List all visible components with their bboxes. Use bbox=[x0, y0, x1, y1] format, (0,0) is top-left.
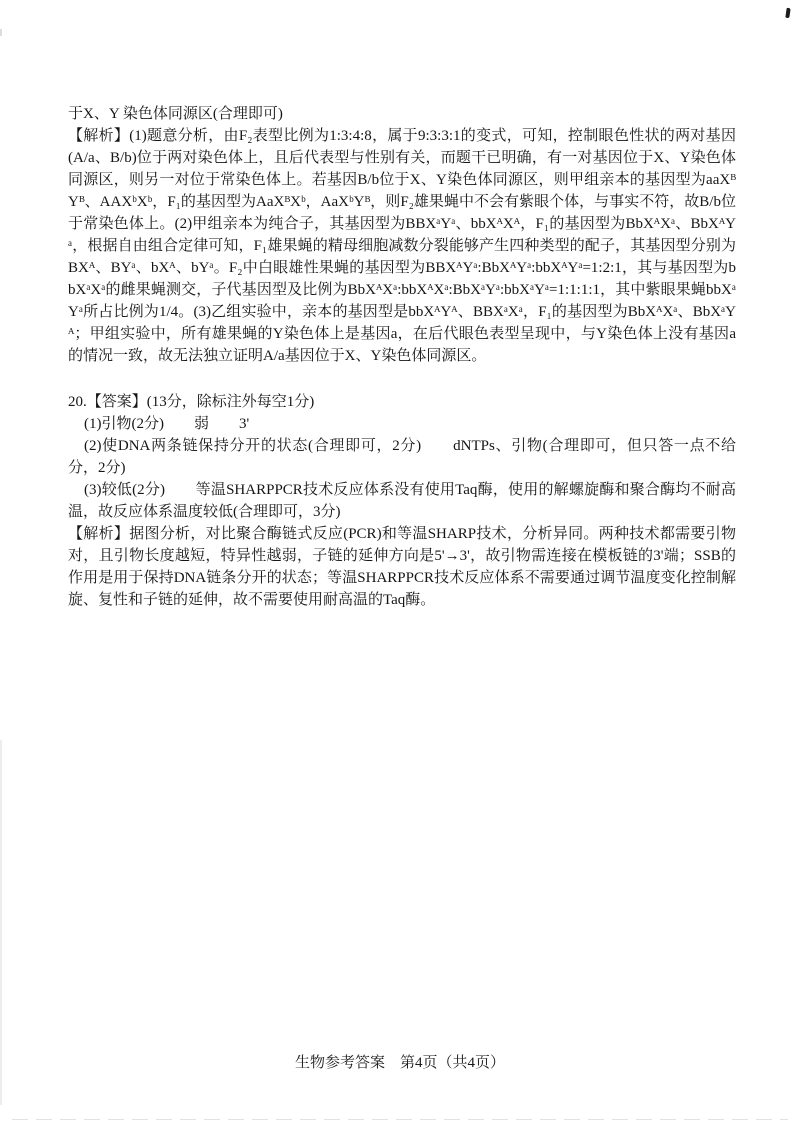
page-footer: 生物参考答案 第4页（共4页） bbox=[0, 1053, 800, 1073]
scanned-answer-page: 于X、Y 染色体同源区(合理即可) 【解析】(1)题意分析，由F₂表型比例为1:… bbox=[0, 0, 800, 1131]
scan-artifact-bottom-line bbox=[12, 1119, 788, 1120]
question-20-answer-header: 20.【答案】(13分，除标注外每空1分) bbox=[68, 391, 736, 413]
question-20-answer-item-3: (3)较低(2分) 等温SHARPPCR技术反应体系没有使用Taq酶，使用的解螺… bbox=[68, 479, 736, 523]
answer-19-continuation: 于X、Y 染色体同源区(合理即可) bbox=[68, 103, 736, 125]
question-20-answer-item-1: (1)引物(2分) 弱 3' bbox=[68, 413, 736, 435]
question-20-answer-item-2: (2)使DNA两条链保持分开的状态(合理即可，2分) dNTPs、引物(合理即可… bbox=[68, 435, 736, 479]
question-20-analysis: 【解析】据图分析，对比聚合酶链式反应(PCR)和等温SHARP技术，分析异同。两… bbox=[68, 523, 736, 611]
page-body: 于X、Y 染色体同源区(合理即可) 【解析】(1)题意分析，由F₂表型比例为1:… bbox=[68, 103, 736, 611]
scan-artifact-left-dash bbox=[0, 29, 2, 36]
answer-19-analysis: 【解析】(1)题意分析，由F₂表型比例为1:3:4:8，属于9:3:3:1的变式… bbox=[68, 125, 736, 367]
scan-artifact-ink-mark bbox=[785, 8, 790, 18]
scan-artifact-left-strip bbox=[0, 740, 2, 1105]
